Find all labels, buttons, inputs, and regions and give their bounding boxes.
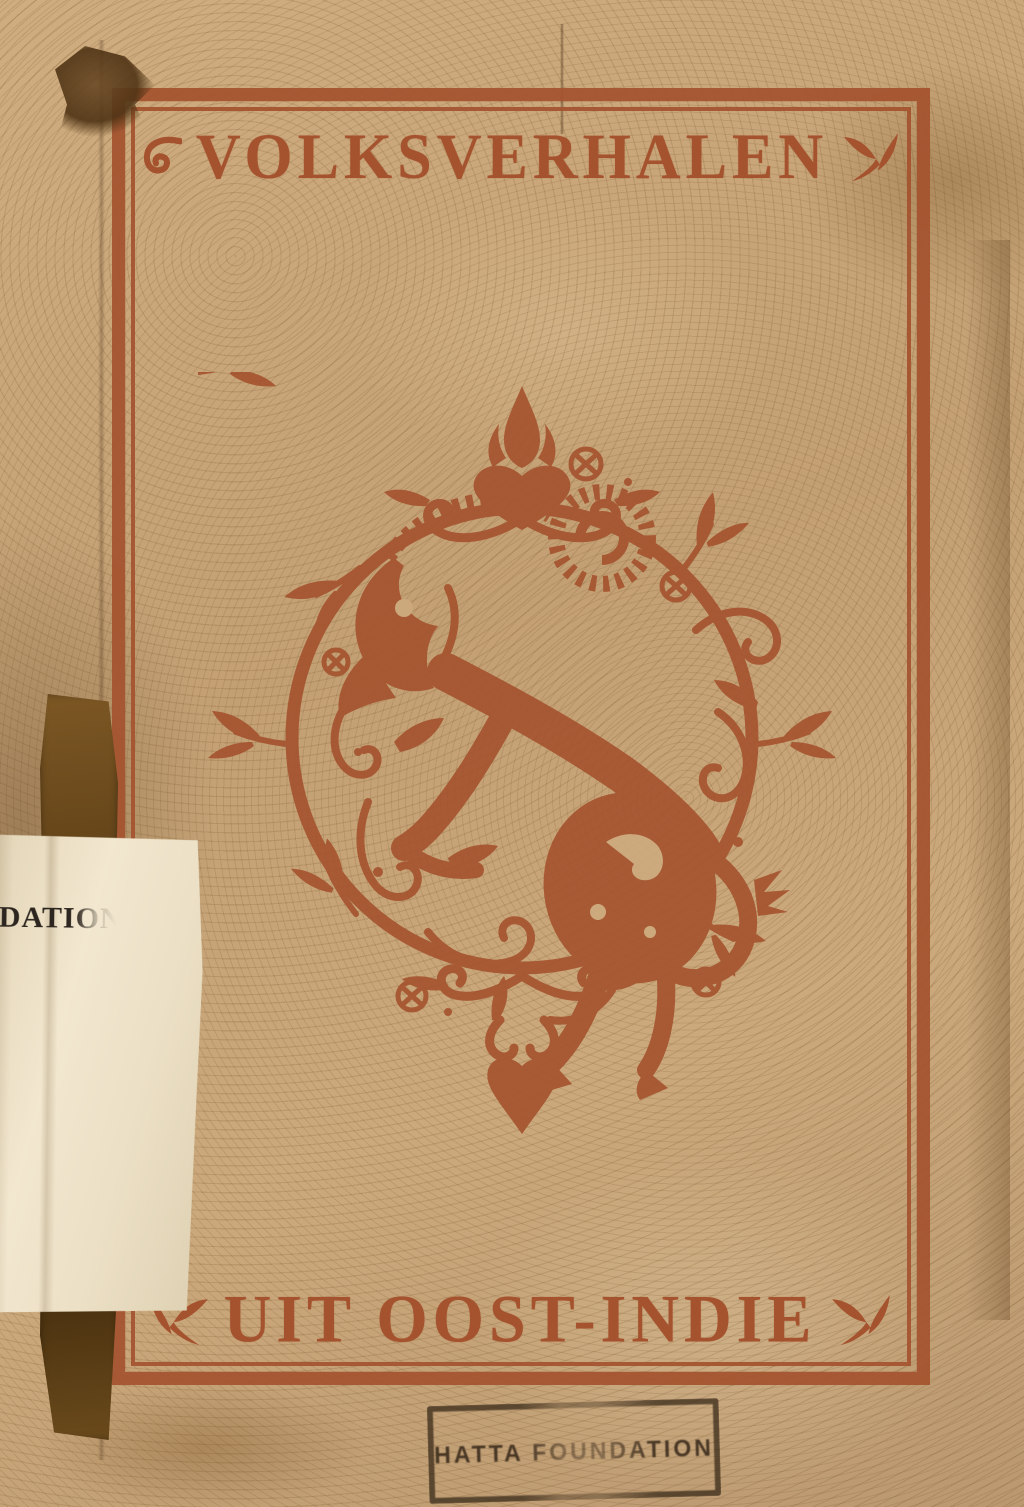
title-bottom: UIT OOST-INDIE [224,1281,817,1359]
title-top-row: VOLKSVERHALEN [135,110,905,205]
curl-flourish-icon [140,133,182,181]
leaf-flourish-icon [842,131,900,184]
title-bottom-row: UIT OOST-INDIE [135,1271,905,1369]
library-label: NDATION [0,834,213,1315]
label-text: NDATION [0,900,123,936]
stamp-text: HATTA FOUNDATION [434,1433,714,1469]
leaf-flourish-icon [830,1292,892,1347]
wayang-medallion [198,372,846,1144]
paper-grime-right [966,240,1010,1320]
title-top: VOLKSVERHALEN [196,120,828,195]
book-cover-photo: VOLKSVERHALEN [0,0,1024,1507]
figure-eye [395,599,413,617]
library-stamp: HATTA FOUNDATION [427,1398,722,1504]
